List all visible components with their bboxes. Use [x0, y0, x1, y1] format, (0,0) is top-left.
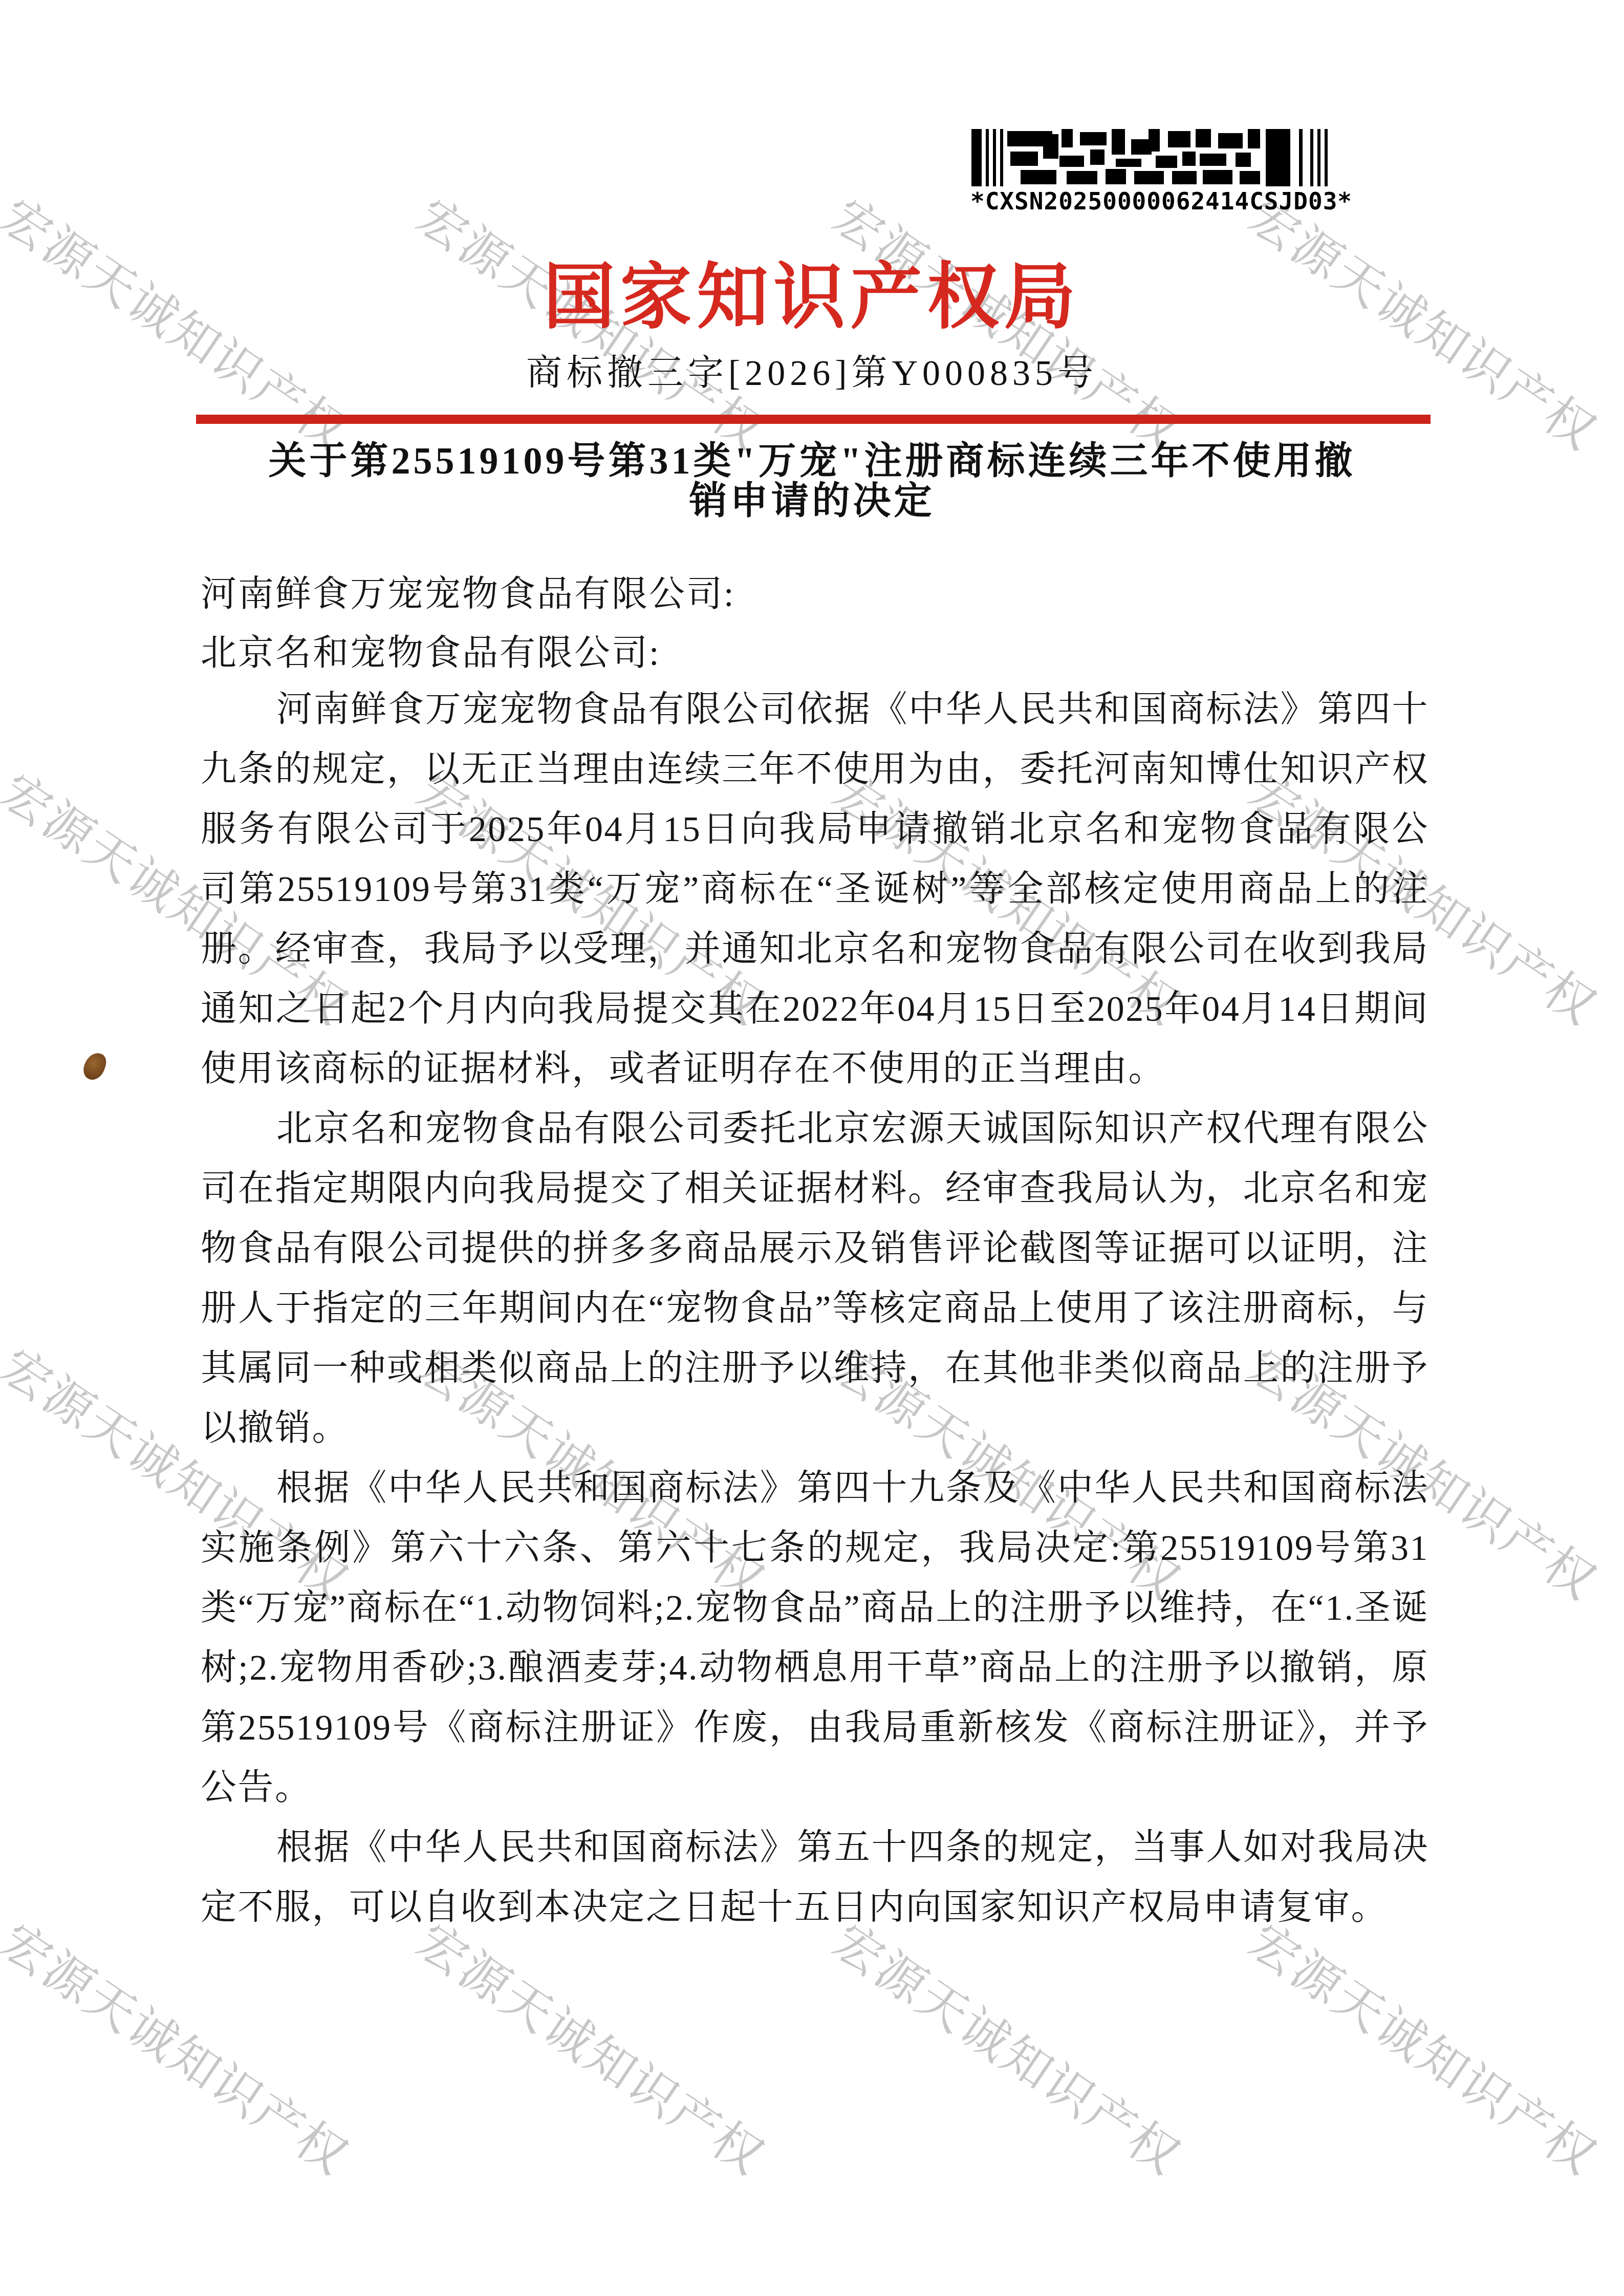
- document-page: 宏源天诚知识产权宏源天诚知识产权宏源天诚知识产权宏源天诚知识产权宏源天诚知识产权…: [0, 0, 1624, 2296]
- addressee-line: 河南鲜食万宠宠物食品有限公司:: [201, 565, 735, 617]
- decision-heading: 关于第25519109号第31类"万宠"注册商标连续三年不使用撤 销申请的决定: [0, 441, 1624, 521]
- barcode-icon: [971, 129, 1351, 186]
- decision-body: 河南鲜食万宠宠物食品有限公司依据《中华人民共和国商标法》第四十九条的规定，以无正…: [201, 680, 1429, 1938]
- agency-title: 国家知识产权局: [0, 240, 1624, 342]
- paragraph: 根据《中华人民共和国商标法》第四十九条及《中华人民共和国商标法实施条例》第六十六…: [201, 1458, 1429, 1818]
- red-divider: [196, 415, 1431, 424]
- paragraph: 河南鲜食万宠宠物食品有限公司依据《中华人民共和国商标法》第四十九条的规定，以无正…: [201, 680, 1429, 1099]
- watermark-text: 宏源天诚知识产权: [0, 1904, 364, 2188]
- paragraph: 北京名和宠物食品有限公司委托北京宏源天诚国际知识产权代理有限公司在指定期限内向我…: [201, 1099, 1429, 1458]
- paper-speck: [81, 1050, 109, 1083]
- decision-heading-line1: 关于第25519109号第31类"万宠"注册商标连续三年不使用撤: [0, 441, 1624, 481]
- decision-heading-line2: 销申请的决定: [0, 481, 1624, 521]
- barcode-text: *CXSN20250000062414CSJD03*: [951, 187, 1372, 215]
- watermark-text: 宏源天诚知识产权: [1238, 1904, 1613, 2188]
- paragraph: 根据《中华人民共和国商标法》第五十四条的规定，当事人如对我局决定不服，可以自收到…: [201, 1818, 1429, 1938]
- watermark-text: 宏源天诚知识产权: [821, 1904, 1197, 2188]
- watermark-text: 宏源天诚知识产权: [405, 1904, 781, 2188]
- doc-number: 商标撤三字[2026]第Y000835号: [0, 344, 1624, 396]
- addressee-line: 北京名和宠物食品有限公司:: [201, 624, 660, 676]
